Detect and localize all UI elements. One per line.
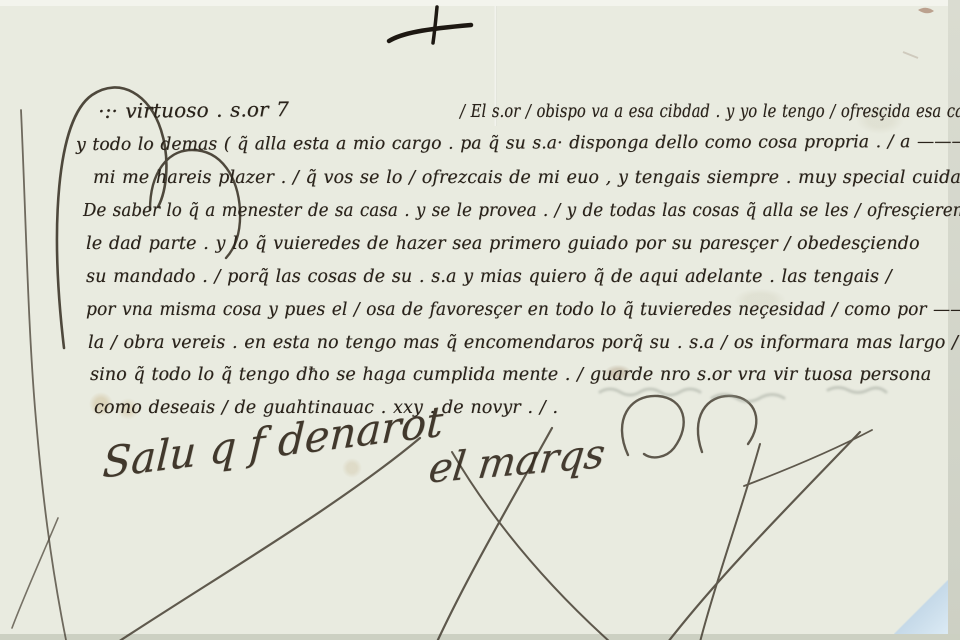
manuscript-line-6: su mandado . / porq̃ las cosas de su . s… [86,267,892,287]
photo-edge-right [948,0,960,640]
manuscript-line-3: mi me hareis plazer . / q̃ vos se lo / o… [93,168,960,188]
photo-edge-bottom [0,634,960,640]
torn-corner [894,580,948,636]
manuscript-line-2: y todo lo demas ( q̃ alla esta a mio car… [76,132,960,155]
manuscript-line-9: sino q̃ todo lo q̃ tengo dħo se haga cum… [90,365,931,385]
photograph-of-manuscript-letter: ·:· virtuoso . s.or 7 / El s.or / obispo… [0,0,960,640]
manuscript-line-5: le dad parte . y lo q̃ vuieredes de haze… [86,234,920,254]
manuscript-line-8: la / obra vereis . en esta no tengo mas … [88,333,958,353]
manuscript-line-4: De saber lo q̃ a menester de sa casa . y… [83,201,960,221]
photo-edge-top [0,0,960,6]
manuscript-line-7: por vna misma cosa y pues el / osa de fa… [86,300,960,320]
manuscript-line-1: / El s.or / obispo va a esa cibdad . y y… [460,102,960,122]
salutation: ·:· virtuoso . s.or 7 [98,97,289,123]
